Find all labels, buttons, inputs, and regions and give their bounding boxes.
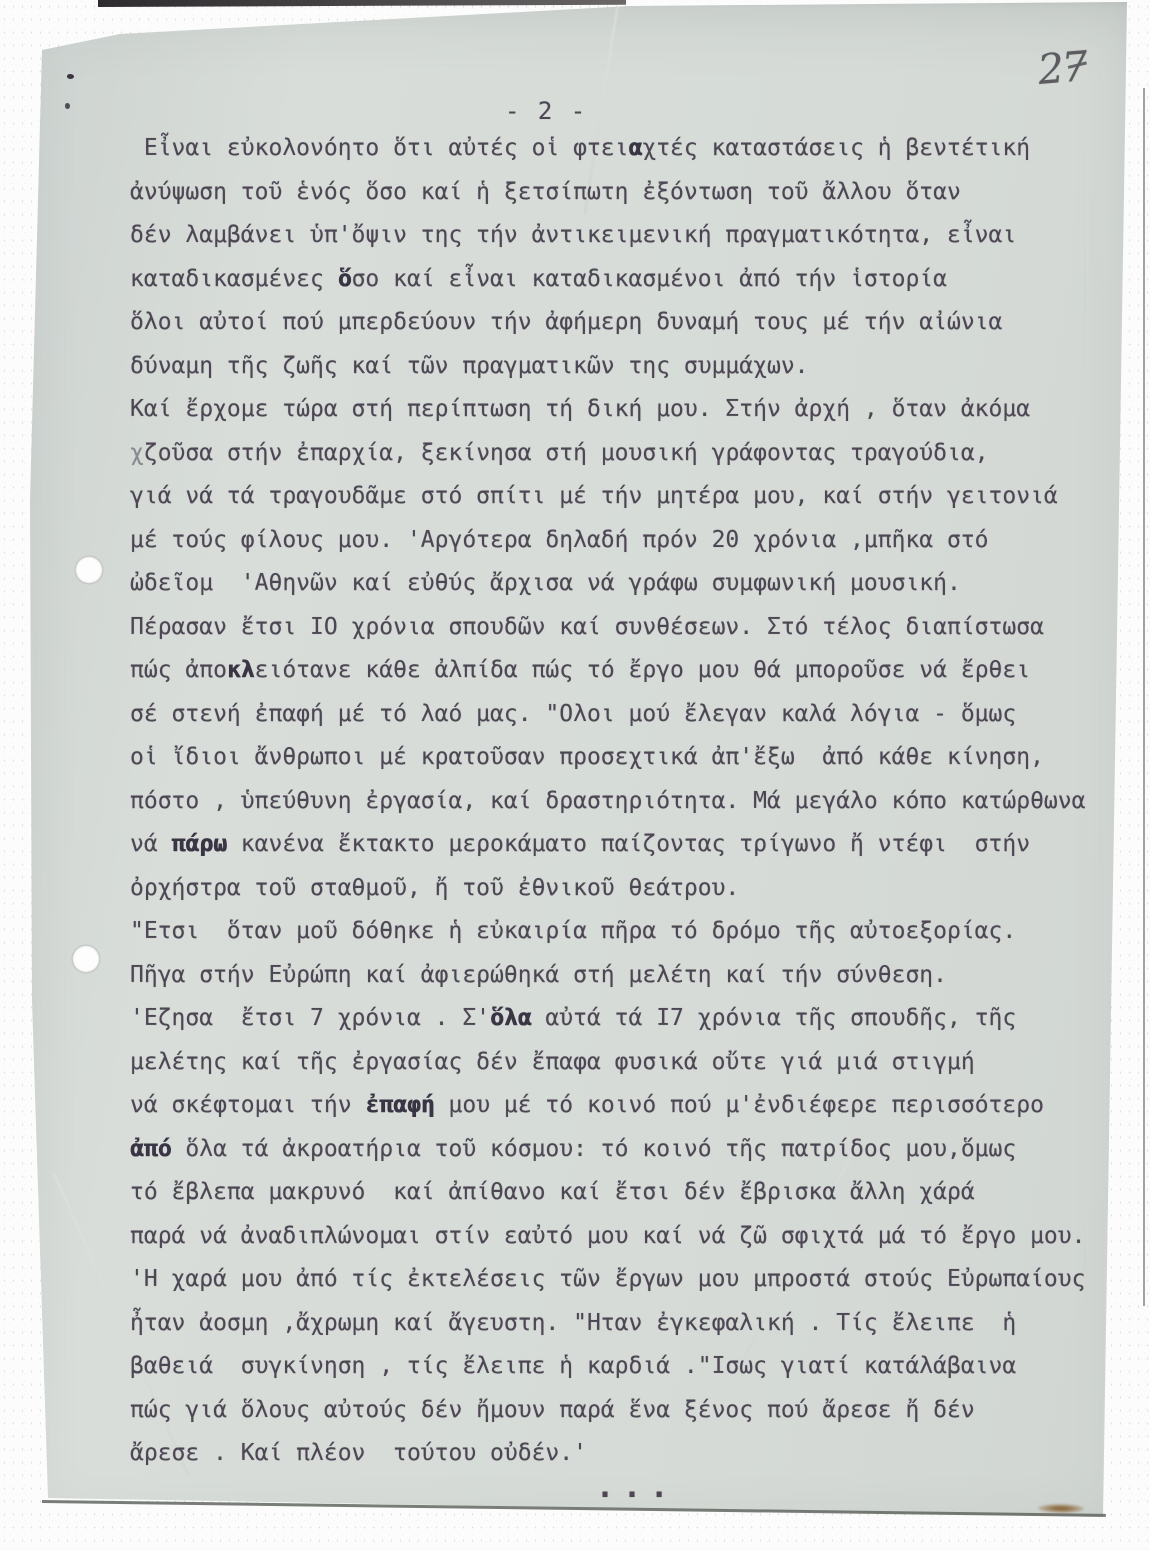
- text-line: "Ετσι ὅταν μοῦ δόθηκε ἡ εὐκαιρία πῆρα τό…: [130, 910, 1130, 954]
- text-line: παρά νά ἀναδιπλώνομαι στίν εαὐτό μου καί…: [130, 1215, 1130, 1259]
- text-line: Πέρασαν ἔτσι ΙΟ χρόνια σπουδῶν καί συνθέ…: [130, 606, 1130, 650]
- text-line: χζοῦσα στήν ἐπαρχία, ξεκίνησα στή μουσικ…: [130, 432, 1130, 476]
- text-line: 'Η χαρά μου ἀπό τίς ἐκτελέσεις τῶν ἔργων…: [130, 1258, 1130, 1302]
- typed-text-body: Εἶναι εὐκολονόητο ὅτι αὐτές οἱ φτειαχτές…: [130, 127, 1130, 1476]
- scan-line-artifact: [1143, 88, 1145, 1306]
- text-line: πώς ἀποκλειότανε κάθε ἀλπίδα πώς τό ἔργο…: [130, 649, 1130, 693]
- punch-hole: [72, 945, 100, 973]
- text-line: ὀρχήστρα τοῦ σταθμοῦ, ἤ τοῦ ἐθνικοῦ θεάτ…: [130, 867, 1130, 911]
- scan-edge-artifact: [98, 0, 626, 7]
- text-line: δέν λαμβάνει ὑπ'ὄψιν της τήν ἀντικειμενι…: [130, 214, 1130, 258]
- text-line: ὅλοι αὐτοί πού μπερδεύουν τήν ἀφήμερη δυ…: [130, 301, 1130, 345]
- handwritten-number-text: 27: [1036, 42, 1088, 94]
- text-line: καταδικασμένες ὅσο καί εἶναι καταδικασμέ…: [130, 258, 1130, 302]
- toner-speck: [67, 74, 74, 79]
- text-line: οἱ ἴδιοι ἄνθρωποι μέ κρατοῦσαν προσεχτικ…: [130, 736, 1130, 780]
- text-line: νά σκέφτομαι τήν ἐπαφή μου μέ τό κοινό π…: [130, 1084, 1130, 1128]
- toner-speck: [65, 103, 70, 109]
- text-line: Εἶναι εὐκολονόητο ὅτι αὐτές οἱ φτειαχτές…: [130, 127, 1130, 171]
- typed-page-number-header: - 2 -: [505, 97, 587, 125]
- text-line: μέ τούς φίλους μου. 'Αργότερα δηλαδή πρό…: [130, 519, 1130, 563]
- text-line: Καί ἔρχομε τώρα στή περίπτωση τή δική μο…: [130, 388, 1130, 432]
- text-line: πόστο , ὑπεύθυνη ἐργασία, καί δραστηριότ…: [130, 780, 1130, 824]
- text-line: ὠδεῖομ 'Αθηνῶν καί εὐθύς ἄρχισα νά γράφω…: [130, 562, 1130, 606]
- text-line: ἀνύψωση τοῦ ἑνός ὅσο καί ἡ ξετσίπωτη ἐξό…: [130, 171, 1130, 215]
- text-line: μελέτης καί τῆς ἐργασίας δέν ἔπαφα φυσικ…: [130, 1041, 1130, 1085]
- text-line: σέ στενή ἐπαφή μέ τό λαό μας. "Ολοι μού …: [130, 693, 1130, 737]
- text-line: Πῆγα στήν Εὐρώπη καί ἀφιερώθηκά στή μελέ…: [130, 954, 1130, 998]
- text-line: δύναμη τῆς ζωῆς καί τῶν πραγματικῶν της …: [130, 345, 1130, 389]
- text-line: ἄρεσε . Καί πλέον τούτου οὐδέν.': [130, 1432, 1130, 1476]
- text-line: νά πάρω κανένα ἔκτακτο μεροκάματο παίζον…: [130, 823, 1130, 867]
- text-line: βαθειά συγκίνηση , τίς ἔλειπε ἡ καρδιά .…: [130, 1345, 1130, 1389]
- punch-hole: [75, 556, 103, 584]
- text-line: τό ἔβλεπα μακρυνό καί ἀπίθανο καί ἔτσι δ…: [130, 1171, 1130, 1215]
- scanned-page: 27 - 2 - Εἶναι εὐκολονόητο ὅτι αὐτές οἱ …: [0, 0, 1150, 1551]
- handwritten-page-number: 27: [1036, 42, 1088, 94]
- paper-sheet: 27 - 2 - Εἶναι εὐκολονόητο ὅτι αὐτές οἱ …: [0, 0, 1150, 1551]
- text-line: γιά νά τά τραγουδᾶμε στό σπίτι μέ τήν μη…: [130, 475, 1130, 519]
- text-line: πώς γιά ὅλους αὐτούς δέν ἤμουν παρά ἕνα …: [130, 1389, 1130, 1433]
- text-line: ἀπό ὅλα τά ἀκροατήρια τοῦ κόσμου: τό κοι…: [130, 1128, 1130, 1172]
- closing-ellipsis: ...: [596, 1470, 677, 1505]
- text-line: ἦταν ἀοσμη ,ἄχρωμη καί ἄγευστη. "Ηταν ἐγ…: [130, 1302, 1130, 1346]
- text-line: 'Εζησα ἔτσι 7 χρόνια . Σ'ὅλα αὐτά τά Ι7 …: [130, 997, 1130, 1041]
